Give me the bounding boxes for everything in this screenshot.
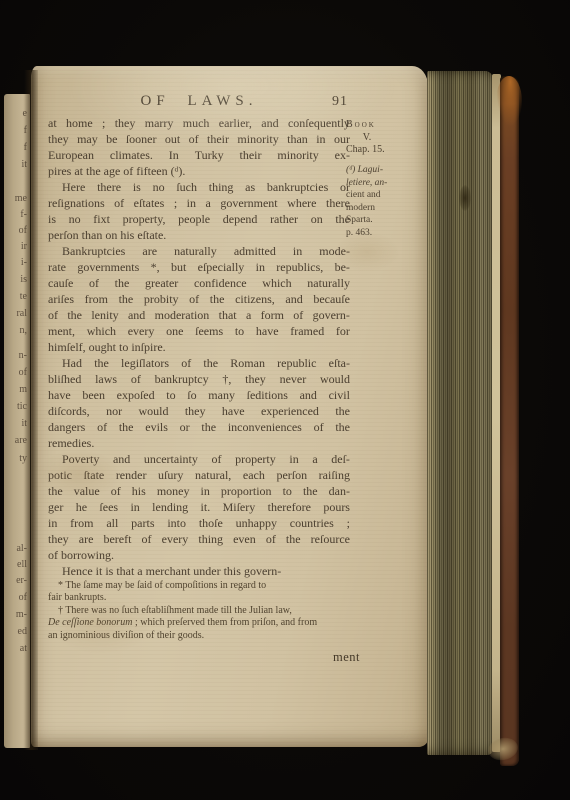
margin-chapter-label: Chap. 15. <box>346 144 406 157</box>
body-line: theymaybeſooneroutoftheirminoritythanino… <box>48 131 350 147</box>
leather-cover-edge <box>500 76 519 766</box>
margin-note-citation: (ᵈ) Lagui- letiere, an- cient and modern… <box>346 164 426 239</box>
margin-note-line: cient and <box>346 189 426 202</box>
fore-edge-smudge <box>459 185 471 211</box>
footnote-line: † There was no ſuch eſtabliſhment made t… <box>48 605 364 617</box>
body-line: infromallpartsintothoſeunhappycountries; <box>48 515 350 531</box>
body-line: Europeanclimates.InTurkytheirminorityex- <box>48 147 350 163</box>
footnote-line: fair bankrupts. <box>48 592 364 604</box>
body-line: gerheſeesinlendingit.Miſerythereforepour… <box>48 499 350 515</box>
footnote-italic-citation: De ceſſione bonorum <box>48 617 132 628</box>
catchword: ment <box>48 650 360 665</box>
page-number: 91 <box>332 94 348 110</box>
body-line: pires at the age of fifteen (ᵈ). <box>48 163 350 179</box>
body-line: himſelf, ought to inſpire. <box>48 339 350 355</box>
margin-note-line: letiere, an- <box>346 177 426 190</box>
footnote-line: * The ſame may be ſaid of compoſitions i… <box>48 580 364 592</box>
gutter-shadow <box>24 70 38 750</box>
book-page: OF LAWS. 91 athome;theymarrymuchearlier,… <box>31 66 428 747</box>
footnote-line-rest: ; which preſerved them from priſon, and … <box>132 617 317 628</box>
body-line: havebeenexpoſedtoſomanyſeditionsandcivil <box>48 387 350 403</box>
body-line: reſignationsofeſtates;inagovernmentwhere… <box>48 195 350 211</box>
footnote-line: De ceſſione bonorum ; which preſerved th… <box>48 617 364 629</box>
body-line: isnofixtproperty,peopledependratheronthe <box>48 211 350 227</box>
margin-note-line: Sparta. <box>346 214 426 227</box>
margin-note-line: modern <box>346 202 426 215</box>
body-line: theyarebereftofeverythingevenofthereſour… <box>48 531 350 547</box>
body-line: remedies. <box>48 435 350 451</box>
body-line: Bankruptciesarenaturallyadmittedinmode- <box>48 243 350 259</box>
body-line: poticſtaterenderuſurynatural,eachperſonr… <box>48 467 350 483</box>
running-title: OF LAWS. <box>48 93 350 110</box>
body-line: ariſesfromtheprobityofthecitizens,andbec… <box>48 291 350 307</box>
footnote-line: an ignominious diviſion of their goods. <box>48 630 364 642</box>
body-line: thevalueofhismoneyinproportiontothedan- <box>48 483 350 499</box>
body-line: dangersoftheevilsortheinconveniencesofth… <box>48 419 350 435</box>
body-line: athome;theymarrymuchearlier,andconſequen… <box>48 115 350 131</box>
fore-edge-page-stack <box>427 71 493 755</box>
body-line: rategovernments*,buteſpeciallyinrepublic… <box>48 259 350 275</box>
margin-note-line: (ᵈ) Lagui- <box>346 164 426 177</box>
body-line: ment,whicheveryoneſeemstohaveframedfor <box>48 323 350 339</box>
body-line: cauſeofthegreaterconfidencewhichnaturall… <box>48 275 350 291</box>
body-line: Herethereisnoſuchthingasbankruptciesor <box>48 179 350 195</box>
body-line: Povertyanduncertaintyofpropertyinadeſ- <box>48 451 350 467</box>
margin-note-book-chapter: Book V. Chap. 15. <box>346 119 406 157</box>
book-scan: effitmef-ofiri-isteraln,n-ofmticitaretya… <box>0 0 570 800</box>
body-line: perſon than on his eſtate. <box>48 227 350 243</box>
page-header: OF LAWS. 91 <box>48 93 350 111</box>
body-line: Hence it is that a merchant under this g… <box>48 563 350 579</box>
body-line: ofthelenityandmoderationthataformofgover… <box>48 307 350 323</box>
margin-volume-label: V. <box>346 132 388 145</box>
margin-book-label: Book <box>346 119 406 132</box>
body-text: athome;theymarrymuchearlier,andconſequen… <box>48 115 350 579</box>
margin-note-line: p. 463. <box>346 227 426 240</box>
body-line: bliſhedlawsofbankruptcy†,theyneverwould <box>48 371 350 387</box>
body-line: diſcords,norwouldtheyhaveexperiencedthe <box>48 403 350 419</box>
body-line: of borrowing. <box>48 547 350 563</box>
footnotes: * The ſame may be ſaid of compoſitions i… <box>48 580 364 642</box>
body-line: HadthelegiſlatorsoftheRomanrepubliceſta- <box>48 355 350 371</box>
